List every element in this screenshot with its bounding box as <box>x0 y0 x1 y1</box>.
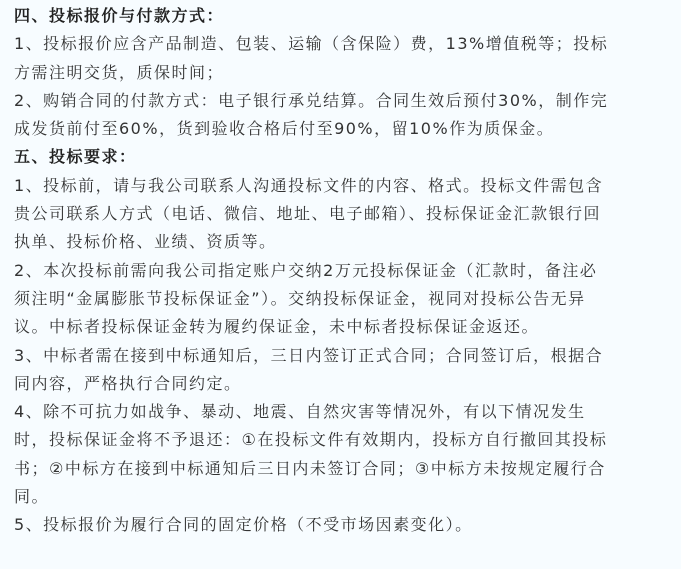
text-line: 方需注明交货，质保时间； <box>14 59 674 87</box>
text-line: 贵公司联系人方式（电话、微信、地址、电子邮箱）、投标保证金汇款银行回 <box>14 200 674 228</box>
text-line: 书；②中标方在接到中标通知后三日内未签订合同；③中标方未按规定履行合 <box>14 455 674 483</box>
text-line: 须注明“金属膨胀节投标保证金”）。交纳投标保证金，视同对投标公告无异 <box>14 285 674 313</box>
section-5-item-1: 1、投标前，请与我公司联系人沟通投标文件的内容、格式。投标文件需包含 贵公司联系… <box>14 172 674 257</box>
section-5-heading: 五、投标要求： <box>14 143 674 171</box>
text-line: 时，投标保证金将不予退还：①在投标文件有效期内，投标方自行撤回其投标 <box>14 426 674 454</box>
text-line: 5、投标报价为履行合同的固定价格（不受市场因素变化）。 <box>14 511 674 539</box>
text-line: 3、中标者需在接到中标通知后，三日内签订正式合同；合同签订后，根据合 <box>14 342 674 370</box>
text-line: 执单、投标价格、业绩、资质等。 <box>14 228 674 256</box>
text-line: 1、投标报价应含产品制造、包装、运输（含保险）费，13%增值税等；投标 <box>14 30 674 58</box>
text-line: 2、购销合同的付款方式：电子银行承兑结算。合同生效后预付30%，制作完 <box>14 87 674 115</box>
text-line: 同。 <box>14 483 674 511</box>
text-line: 议。中标者投标保证金转为履约保证金，未中标者投标保证金返还。 <box>14 313 674 341</box>
text-line: 1、投标前，请与我公司联系人沟通投标文件的内容、格式。投标文件需包含 <box>14 172 674 200</box>
text-line: 2、本次投标前需向我公司指定账户交纳2万元投标保证金（汇款时，备注必 <box>14 257 674 285</box>
section-4-heading: 四、投标报价与付款方式： <box>14 2 674 30</box>
text-line: 成发货前付至60%，货到验收合格后付至90%，留10%作为质保金。 <box>14 115 674 143</box>
section-4-item-1: 1、投标报价应含产品制造、包装、运输（含保险）费，13%增值税等；投标 方需注明… <box>14 30 674 87</box>
section-4-item-2: 2、购销合同的付款方式：电子银行承兑结算。合同生效后预付30%，制作完 成发货前… <box>14 87 674 144</box>
document-body: 四、投标报价与付款方式： 1、投标报价应含产品制造、包装、运输（含保险）费，13… <box>14 2 674 540</box>
text-line: 同内容，严格执行合同约定。 <box>14 370 674 398</box>
section-5-item-2: 2、本次投标前需向我公司指定账户交纳2万元投标保证金（汇款时，备注必 须注明“金… <box>14 257 674 342</box>
section-5-item-5: 5、投标报价为履行合同的固定价格（不受市场因素变化）。 <box>14 511 674 539</box>
text-line: 4、除不可抗力如战争、暴动、地震、自然灾害等情况外，有以下情况发生 <box>14 398 674 426</box>
section-5-item-3: 3、中标者需在接到中标通知后，三日内签订正式合同；合同签订后，根据合 同内容，严… <box>14 342 674 399</box>
section-5-item-4: 4、除不可抗力如战争、暴动、地震、自然灾害等情况外，有以下情况发生 时，投标保证… <box>14 398 674 511</box>
